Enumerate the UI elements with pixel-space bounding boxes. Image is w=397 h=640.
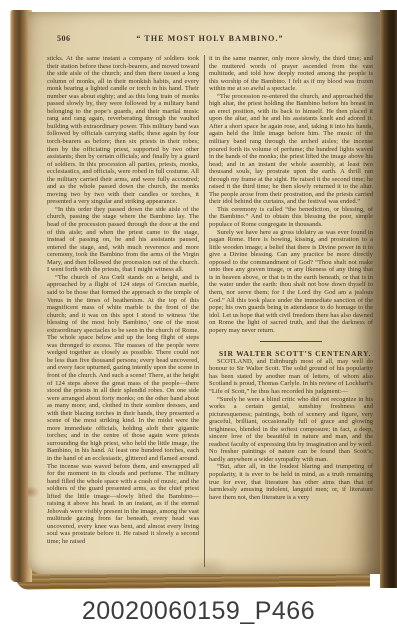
paragraph: SCOTLAND, and Edinburgh most of all, may…: [209, 358, 373, 396]
page-header: 506 “ THE MOST HOLY BAMBINO.”: [47, 34, 373, 46]
archive-id-label: 20020060159_P466: [0, 597, 397, 626]
section-heading: SIR WALTER SCOTT’S CENTENARY.: [209, 350, 373, 358]
section-divider-rule: [260, 341, 322, 342]
column-divider-rule: [204, 55, 205, 567]
paragraph: “Surely he were a blind critic who did n…: [209, 396, 373, 464]
book-page-scan: 506 “ THE MOST HOLY BAMBINO.” sticks. At…: [10, 10, 397, 588]
running-title: “ THE MOST HOLY BAMBINO.”: [47, 34, 373, 43]
paragraph: “In this order they passed down the side…: [47, 206, 199, 274]
paragraph: This ceremony is called “the benediction…: [209, 206, 373, 229]
page-content: 506 “ THE MOST HOLY BAMBINO.” sticks. At…: [47, 34, 373, 568]
paragraph: “But, after all, in the loudest blaring …: [209, 463, 373, 501]
scanned-page: 506 “ THE MOST HOLY BAMBINO.” sticks. At…: [28, 12, 380, 574]
text-columns: sticks. At the same instant a company of…: [47, 55, 373, 567]
left-column: sticks. At the same instant a company of…: [47, 55, 199, 567]
paragraph: Surely we have here as gross idolatry as…: [209, 229, 373, 335]
page-number: 506: [57, 34, 71, 43]
right-column: it in the same manner, only more slowly,…: [209, 55, 373, 567]
paragraph: “The church of Ara Cœli stands on a heig…: [47, 274, 199, 546]
paragraph: sticks. At the same instant a company of…: [47, 55, 199, 206]
book-gutter-shadow: [380, 10, 397, 588]
paragraph: it in the same manner, only more slowly,…: [209, 55, 373, 93]
paragraph: “The procession re-entered the church, a…: [209, 93, 373, 206]
